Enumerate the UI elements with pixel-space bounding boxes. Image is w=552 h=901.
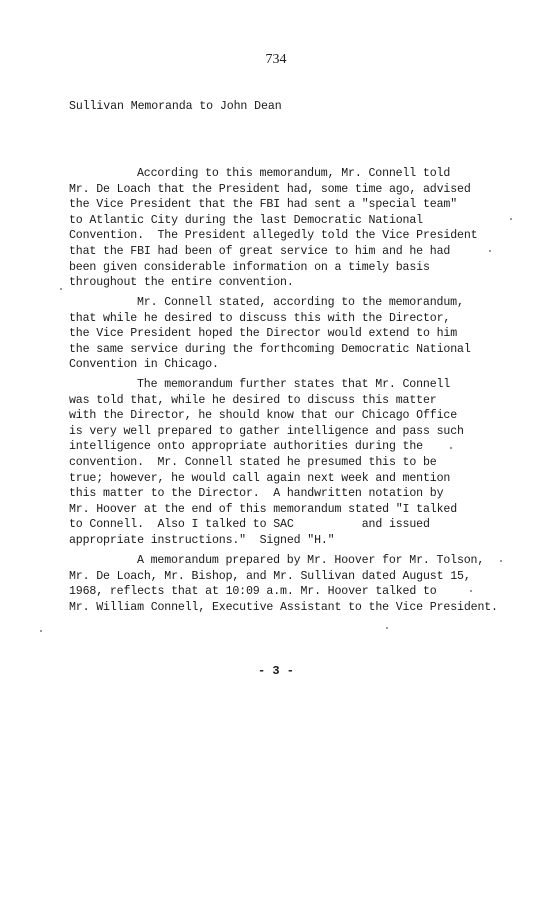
paragraph-line: Mr. De Loach, Mr. Bishop, and Mr. Sulliv… [69,569,498,585]
paragraph-line: that the FBI had been of great service t… [69,244,477,260]
paragraph-line: Mr. Hoover at the end of this memorandum… [69,502,464,518]
paragraph-4: A memorandum prepared by Mr. Hoover for … [69,553,498,615]
paragraph-line: convention. Mr. Connell stated he presum… [69,455,464,471]
paragraph-line: that while he desired to discuss this wi… [69,311,471,327]
paragraph-line: was told that, while he desired to discu… [69,393,464,409]
paragraph-line: intelligence onto appropriate authoritie… [69,439,464,455]
paragraph-line: According to this memorandum, Mr. Connel… [69,166,477,182]
scan-speck [470,590,472,592]
paragraph-line: to Atlantic City during the last Democra… [69,213,477,229]
scan-speck [489,250,491,252]
page-number-bottom: - 3 - [0,664,552,678]
paragraph-1: According to this memorandum, Mr. Connel… [69,166,477,291]
paragraph-line: with the Director, he should know that o… [69,408,464,424]
document-heading: Sullivan Memoranda to John Dean [69,100,282,113]
scan-speck [40,630,42,632]
paragraph-line: this matter to the Director. A handwritt… [69,486,464,502]
paragraph-line: Mr. De Loach that the President had, som… [69,182,477,198]
paragraph-line: 1968, reflects that at 10:09 a.m. Mr. Ho… [69,584,498,600]
paragraph-2: Mr. Connell stated, according to the mem… [69,295,471,373]
paragraph-line: A memorandum prepared by Mr. Hoover for … [69,553,498,569]
paragraph-line: Mr. Connell stated, according to the mem… [69,295,471,311]
paragraph-line: is very well prepared to gather intellig… [69,424,464,440]
paragraph-line: true; however, he would call again next … [69,471,464,487]
paragraph-line: throughout the entire convention. [69,275,477,291]
paragraph-line: been given considerable information on a… [69,260,477,276]
scan-speck [60,288,62,290]
paragraph-line: appropriate instructions." Signed "H." [69,533,464,549]
page-number-top: 734 [0,52,552,68]
paragraph-line: the Vice President that the FBI had sent… [69,197,477,213]
scan-speck [386,627,388,629]
scan-speck [450,447,452,449]
paragraph-line: the Vice President hoped the Director wo… [69,326,471,342]
scan-speck [500,560,502,562]
paragraph-3: The memorandum further states that Mr. C… [69,377,464,549]
paragraph-line: the same service during the forthcoming … [69,342,471,358]
paragraph-line: to Connell. Also I talked to SAC and iss… [69,517,464,533]
paragraph-line: Convention. The President allegedly told… [69,228,477,244]
scan-speck [510,218,512,220]
paragraph-line: Convention in Chicago. [69,357,471,373]
paragraph-line: Mr. William Connell, Executive Assistant… [69,600,498,616]
paragraph-line: The memorandum further states that Mr. C… [69,377,464,393]
